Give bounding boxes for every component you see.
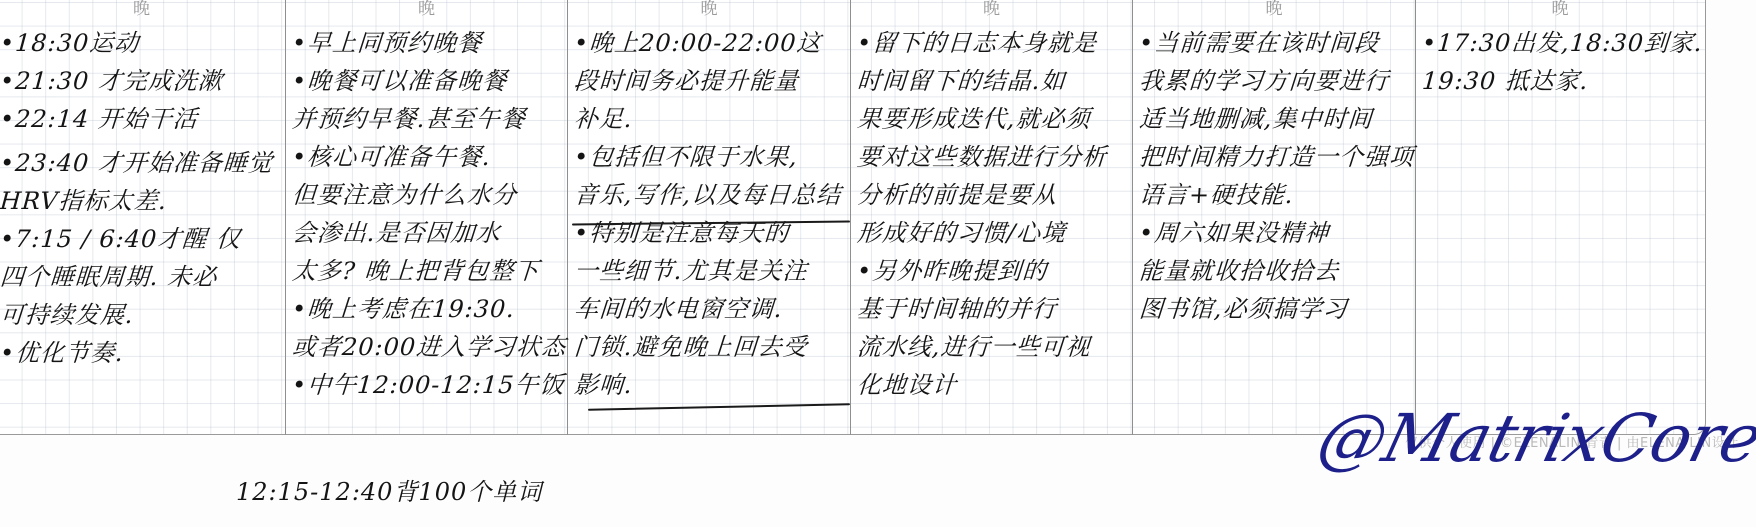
- hand-drawn-divider: [588, 403, 850, 410]
- note-line: 补足.: [573, 100, 850, 138]
- note-line: 把时间精力打造一个强项: [1138, 138, 1415, 176]
- note-line: 图书馆,必须搞学习: [1138, 290, 1415, 328]
- planner-page: 晚 •18:30运动 •21:30 才完成洗漱 •22:14 开始干活 •23:…: [0, 0, 1756, 527]
- note-line: 基于时间轴的并行: [856, 290, 1132, 328]
- note-line: 四个睡眠周期. 未必: [0, 258, 284, 296]
- note-line: 适当地删减,集中时间: [1138, 100, 1415, 138]
- overflow-note: 12:15-12:40背100个单词: [236, 472, 542, 507]
- note-line: •23:40 才开始准备睡觉: [0, 144, 284, 182]
- note-line: •18:30运动: [0, 24, 284, 62]
- handwritten-notes: •晚上20:00-22:00这 段时间务必提升能量 补足. •包括但不限于水果,…: [574, 24, 848, 404]
- note-line: 音乐,写作,以及每日总结: [573, 176, 850, 214]
- note-line: 门锁.避免晚上回去受: [573, 328, 850, 366]
- note-line: 会渗出.是否因加水: [291, 214, 567, 252]
- note-line: •晚上20:00-22:00这: [573, 24, 850, 62]
- day-column-3: 晚 •晚上20:00-22:00这 段时间务必提升能量 补足. •包括但不限于水…: [568, 0, 851, 435]
- note-line: 要对这些数据进行分析: [856, 138, 1132, 176]
- column-header-evening: 晚: [568, 0, 850, 20]
- note-line: 时间留下的结晶.如: [856, 62, 1132, 100]
- note-line: 但要注意为什么水分: [291, 176, 567, 214]
- note-line: •晚上考虑在19:30.: [291, 290, 567, 328]
- day-column-2: 晚 •早上同预约晚餐 •晚餐可以准备晚餐 并预约早餐.甚至午餐 •核心可准备午餐…: [286, 0, 568, 435]
- note-line: 果要形成迭代,就必须: [856, 100, 1132, 138]
- note-line: •早上同预约晚餐: [291, 24, 567, 62]
- column-header-evening: 晚: [1133, 0, 1415, 20]
- note-line: •晚餐可以准备晚餐: [291, 62, 567, 100]
- note-line: 车间的水电窗空调.: [573, 290, 850, 328]
- note-line: 语言+硬技能.: [1138, 176, 1415, 214]
- note-line: HRV指标太差.: [0, 182, 284, 220]
- column-header-evening: 晚: [0, 0, 285, 20]
- note-line: 形成好的习惯/心境: [856, 214, 1132, 252]
- note-line: •7:15 / 6:40才醒 仅: [0, 220, 284, 258]
- day-column-1: 晚 •18:30运动 •21:30 才完成洗漱 •22:14 开始干活 •23:…: [0, 0, 286, 435]
- note-line: 可持续发展.: [0, 296, 284, 334]
- note-line: •特别是注意每天的: [573, 214, 850, 252]
- handwritten-notes: •17:30出发,18:30到家. 19:30 抵达家.: [1422, 24, 1702, 100]
- note-line: 19:30 抵达家.: [1421, 62, 1704, 100]
- note-line: •留下的日志本身就是: [856, 24, 1132, 62]
- note-line: 一些细节.尤其是关注: [573, 252, 850, 290]
- note-line: •当前需要在该时间段: [1138, 24, 1415, 62]
- note-line: 我累的学习方向要进行: [1138, 62, 1415, 100]
- handwritten-notes: •当前需要在该时间段 我累的学习方向要进行 适当地删减,集中时间 把时间精力打造…: [1139, 24, 1413, 328]
- note-line: •21:30 才完成洗漱: [0, 62, 284, 100]
- column-header-evening: 晚: [286, 0, 567, 20]
- note-line: •22:14 开始干活: [0, 100, 284, 138]
- note-line: •周六如果没精神: [1138, 214, 1415, 252]
- day-column-5: 晚 •当前需要在该时间段 我累的学习方向要进行 适当地删减,集中时间 把时间精力…: [1133, 0, 1416, 435]
- note-line: 化地设计: [856, 366, 1132, 404]
- column-header-evening: 晚: [1416, 0, 1704, 20]
- note-line: 段时间务必提升能量: [573, 62, 850, 100]
- note-line: •优化节奏.: [0, 334, 284, 372]
- handwritten-notes: •留下的日志本身就是 时间留下的结晶.如 果要形成迭代,就必须 要对这些数据进行…: [857, 24, 1130, 404]
- note-line: •核心可准备午餐.: [291, 138, 567, 176]
- handwritten-notes: •18:30运动 •21:30 才完成洗漱 •22:14 开始干活 •23:40…: [0, 24, 283, 372]
- note-line: 并预约早餐.甚至午餐: [291, 100, 567, 138]
- note-line: 太多? 晚上把背包整下: [291, 252, 567, 290]
- note-line: 影响.: [573, 366, 850, 404]
- note-line: 能量就收拾收拾去: [1138, 252, 1415, 290]
- note-line: 分析的前提是要从: [856, 176, 1132, 214]
- planner-evening-row: 晚 •18:30运动 •21:30 才完成洗漱 •22:14 开始干活 •23:…: [0, 0, 1706, 435]
- note-line: 或者20:00进入学习状态: [291, 328, 567, 366]
- day-column-6: 晚 •17:30出发,18:30到家. 19:30 抵达家.: [1416, 0, 1704, 435]
- note-line: •包括但不限于水果,: [573, 138, 850, 176]
- note-line: 流水线,进行一些可视: [856, 328, 1132, 366]
- note-line: •另外昨晚提到的: [856, 252, 1132, 290]
- watermark-signature: @MatrixCore: [1310, 400, 1756, 477]
- handwritten-notes: •早上同预约晚餐 •晚餐可以准备晚餐 并预约早餐.甚至午餐 •核心可准备午餐. …: [292, 24, 565, 404]
- day-column-4: 晚 •留下的日志本身就是 时间留下的结晶.如 果要形成迭代,就必须 要对这些数据…: [851, 0, 1133, 435]
- note-line: •中午12:00-12:15午饭: [291, 366, 567, 404]
- column-header-evening: 晚: [851, 0, 1132, 20]
- note-line: •17:30出发,18:30到家.: [1421, 24, 1704, 62]
